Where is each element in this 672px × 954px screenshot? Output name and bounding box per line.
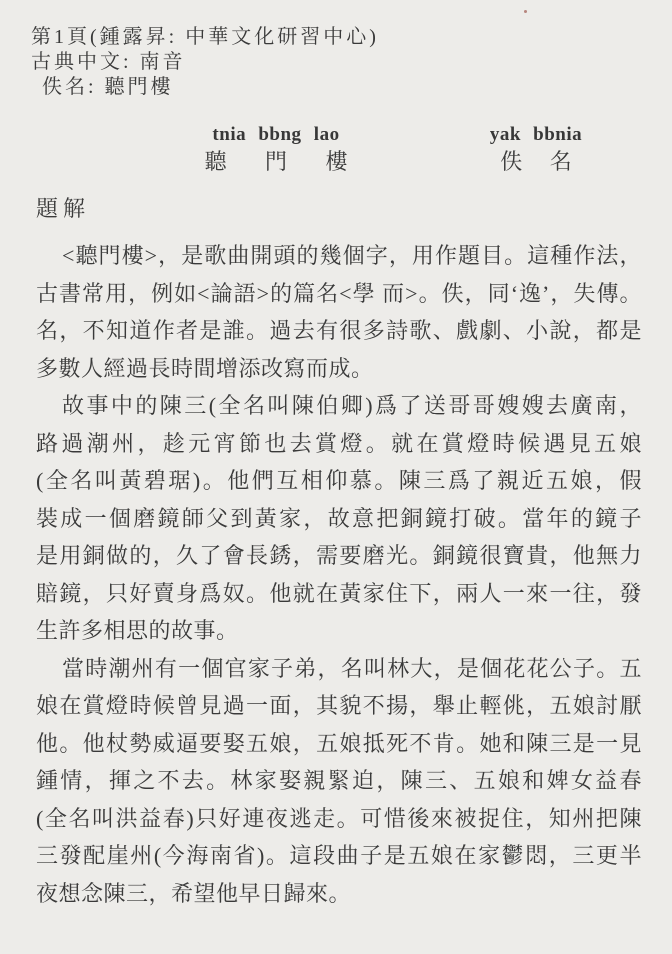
text-line: 三發配崖州(今海南省)。這段曲子是五娘在家鬱悶，三更半: [36, 837, 642, 875]
song-title-block: tnia bbng lao 聽 門 樓 yak bbnia 佚 名: [0, 124, 672, 182]
title-author: yak bbnia 佚 名: [464, 124, 608, 174]
header-line-title: 佚名: 聽門樓: [31, 75, 379, 100]
text-line: 夜想念陳三，希望他早日歸來。: [36, 875, 642, 913]
text-line: 賠鏡，只好賣身爲奴。他就在黃家住下，兩人一來一往，發: [36, 575, 642, 613]
text-line: 他。他杖勢威逼要娶五娘，五娘抵死不肯。她和陳三是一見: [36, 725, 642, 763]
text-line: 生許多相思的故事。: [36, 612, 642, 650]
text-line: 多數人經過長時間增添改寫而成。: [36, 350, 642, 388]
text-line: 當時潮州有一個官家子弟，名叫林大，是個花花公子。五: [36, 650, 642, 688]
text-line: 路過潮州，趁元宵節也去賞燈。就在賞燈時候遇見五娘: [36, 425, 642, 463]
text-line: <聽門樓>，是歌曲開頭的幾個字，用作題目。這種作法，: [36, 237, 642, 275]
author-romanization: yak bbnia: [464, 124, 608, 146]
scan-speck: [524, 10, 527, 13]
title-romanization: tnia bbng lao: [193, 124, 359, 146]
page-header: 第1頁(鍾露昇: 中華文化研習中心) 古典中文: 南音 佚名: 聽門樓: [31, 25, 379, 100]
header-line-category: 古典中文: 南音: [31, 50, 379, 75]
scanned-document-page: 第1頁(鍾露昇: 中華文化研習中心) 古典中文: 南音 佚名: 聽門樓 tnia…: [0, 0, 672, 954]
text-line: 故事中的陳三(全名叫陳伯卿)爲了送哥哥嫂嫂去廣南，: [36, 387, 642, 425]
body-text: <聽門樓>，是歌曲開頭的幾個字，用作題目。這種作法， 古書常用，例如<論語>的篇…: [36, 237, 642, 912]
text-line: 鍾情，揮之不去。林家娶親緊迫，陳三、五娘和婢女益春: [36, 762, 642, 800]
text-line: 裝成一個磨鏡師父到黃家，故意把銅鏡打破。當年的鏡子: [36, 500, 642, 538]
text-line: 是用銅做的，久了會長銹，需要磨光。銅鏡很寶貴，他無力: [36, 537, 642, 575]
header-line-page-source: 第1頁(鍾露昇: 中華文化研習中心): [31, 25, 379, 50]
title-main: tnia bbng lao 聽 門 樓: [193, 124, 359, 174]
author-hanzi: 佚 名: [464, 149, 608, 174]
section-heading: 題解: [36, 192, 90, 223]
text-line: 娘在賞燈時候曾見過一面，其貌不揚，舉止輕佻，五娘討厭: [36, 687, 642, 725]
title-hanzi: 聽 門 樓: [193, 149, 359, 174]
text-line: (全名叫洪益春)只好連夜逃走。可惜後來被捉住，知州把陳: [36, 800, 642, 838]
text-line: (全名叫黃碧琚)。他們互相仰慕。陳三爲了親近五娘，假: [36, 462, 642, 500]
text-line: 古書常用，例如<論語>的篇名<學 而>。佚，同‘逸’，失傳。佚: [36, 275, 642, 313]
text-line: 名，不知道作者是誰。過去有很多詩歌、戲劇、小說，都是: [36, 312, 642, 350]
